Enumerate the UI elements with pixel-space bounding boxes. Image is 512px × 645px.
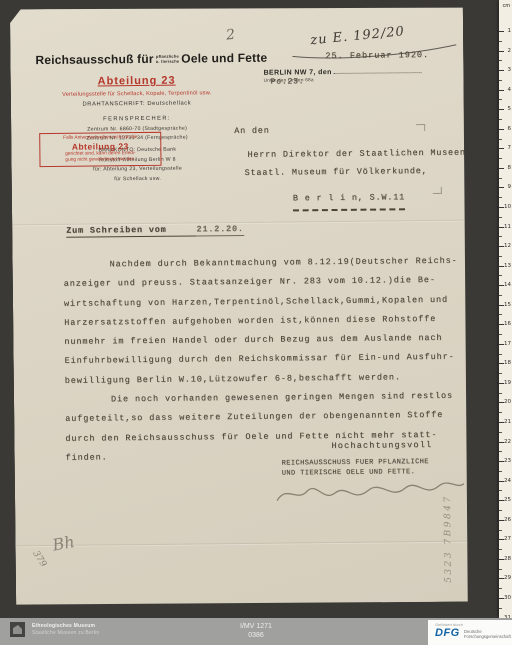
recipient-name: Herrn Direktor der Staatlichen Museen — [247, 145, 466, 164]
date-ruled-line — [334, 66, 422, 74]
ruler-number: 7 — [508, 145, 512, 151]
ruler-half-tick — [499, 275, 502, 276]
ruler-number: 10 — [504, 204, 511, 210]
ruler-number: 14 — [504, 282, 511, 288]
wire-address: DRAHTANSCHRIFT: Deutschellack — [36, 100, 238, 108]
ruler-cm-tick — [499, 187, 504, 188]
ruler-cm-tick — [499, 129, 504, 130]
ruler-number: 4 — [508, 87, 512, 93]
ruler-half-tick — [499, 217, 502, 218]
ruler-half-tick — [499, 569, 502, 570]
ruler-number: 30 — [504, 595, 511, 601]
ruler-half-tick — [499, 295, 502, 296]
corner-mark — [433, 187, 442, 194]
phone-heading: FERNSPRECHER: — [36, 115, 238, 123]
ruler-half-tick — [499, 334, 502, 335]
ruler-cm-tick — [499, 31, 504, 32]
ruler-number: 16 — [504, 321, 511, 327]
ruler-half-tick — [499, 119, 502, 120]
letter-page: 2 zu E. 192/20 Reichsausschuß fürpflanzl… — [10, 5, 469, 607]
ruler-half-tick — [499, 588, 502, 589]
ruler-number: 28 — [504, 556, 511, 562]
ruler-half-tick — [499, 354, 502, 355]
ruler-number: 19 — [504, 380, 511, 386]
ruler-half-tick — [499, 80, 502, 81]
ruler-half-tick — [499, 451, 502, 452]
subject-label: Zum Schreiben vom — [66, 225, 166, 238]
recipient-salutation: An den — [234, 123, 270, 140]
ruler-half-tick — [499, 373, 502, 374]
typed-date: 25. Februar 1920. — [325, 50, 429, 61]
scan-viewer: 2 zu E. 192/20 Reichsausschuß fürpflanzl… — [0, 0, 512, 645]
closing-formula: Hochachtungsvoll — [331, 440, 432, 451]
ruler-half-tick — [499, 412, 502, 413]
ruler-number: 12 — [504, 243, 511, 249]
ruler-cm-tick — [499, 90, 504, 91]
ruler-number: 11 — [504, 224, 511, 230]
place-line: BERLIN NW 7, den — [264, 66, 422, 77]
ruler-half-tick — [499, 178, 502, 179]
ruler-number: 27 — [504, 536, 511, 542]
ruler-cm-tick — [499, 51, 504, 52]
corner-mark — [416, 124, 425, 131]
ruler-half-tick — [499, 608, 502, 609]
ruler-cm-tick — [499, 70, 504, 71]
ruler-half-tick — [499, 139, 502, 140]
ruler-half-tick — [499, 471, 502, 472]
letterhead-title-part1: Reichsausschuß für — [35, 52, 153, 67]
ruler-number: 3 — [508, 67, 512, 73]
letterhead-title-smallwords: pflanzlicheu. tierische — [156, 55, 180, 64]
ruler-half-tick — [499, 99, 502, 100]
ruler-cm-tick — [499, 148, 504, 149]
ruler-number: 8 — [508, 165, 512, 171]
dfg-full-name: Deutsche Forschungsgemeinschaft — [464, 629, 510, 639]
ruler-half-tick — [499, 197, 502, 198]
paragraph: Die noch vorhanden gewesenen geringen Me… — [65, 387, 466, 468]
letterhead-title-part2: Oele und Fette — [181, 51, 267, 66]
letterhead-title: Reichsausschuß fürpflanzlicheu. tierisch… — [35, 51, 237, 67]
notice-box: Falls Antwortschreiben nicht an die Abte… — [39, 132, 161, 167]
subject-line: Zum Schreiben vom 21.2.20. — [66, 224, 244, 238]
ruler-number: 17 — [504, 341, 511, 347]
ruler-half-tick — [499, 510, 502, 511]
footer-bar: Ethnologisches Museum Staatliche Museen … — [0, 618, 512, 645]
letter-body: Nachdem durch Bekanntmachung vom 8.12.19… — [63, 252, 465, 468]
ruler: cm 1234567891011121314151617181920212223… — [499, 0, 512, 618]
ruler-half-tick — [499, 530, 502, 531]
ruler-number: 26 — [504, 517, 511, 523]
notice-line4: gung nicht gewährleistet werden. — [41, 157, 159, 164]
ruler-number: 23 — [504, 458, 511, 464]
ruler-half-tick — [499, 236, 502, 237]
ruler-number: 29 — [504, 575, 511, 581]
ruler-cm-tick — [499, 109, 504, 110]
text-line: für Schellack usw. — [37, 175, 239, 183]
handwritten-page-number: 2 — [225, 27, 236, 44]
ruler-number: 1 — [508, 28, 512, 34]
ruler-half-tick — [499, 60, 502, 61]
ruler-number: 2 — [508, 48, 512, 54]
po-reference: Po.23. — [271, 77, 305, 86]
department-subtitle: Verteilungsstelle für Schellack, Kopale,… — [36, 90, 238, 98]
dfg-logo: Gefördert durch DFG Deutsche Forschungsg… — [428, 620, 512, 645]
ruler-number: 15 — [504, 302, 511, 308]
handwritten-signature — [271, 473, 469, 511]
ruler-number: 21 — [504, 419, 511, 425]
dfg-abbreviation: DFG — [435, 627, 460, 639]
ruler-half-tick — [499, 256, 502, 257]
ruler-number: 20 — [504, 399, 511, 405]
recipient-institution: Staatl. Museum für Völkerkunde, — [245, 163, 428, 182]
recipient-city: B e r l i n, S.W.11 — [293, 189, 405, 211]
ruler-number: 5 — [508, 106, 512, 112]
ruler-half-tick — [499, 549, 502, 550]
ruler-half-tick — [499, 158, 502, 159]
ruler-half-tick — [499, 393, 502, 394]
department-heading: Abteilung 23 — [36, 74, 238, 88]
ruler-unit-label: cm — [503, 3, 510, 9]
ruler-number: 6 — [508, 126, 512, 132]
pencil-corner-number: 379 — [30, 549, 48, 569]
paragraph: Nachdem durch Bekanntmachung vom 8.12.19… — [63, 252, 464, 391]
ruler-half-tick — [499, 432, 502, 433]
ruler-half-tick — [499, 314, 502, 315]
fold-crease — [15, 541, 468, 547]
ruler-number: 22 — [504, 439, 511, 445]
ruler-half-tick — [499, 41, 502, 42]
pencil-initials: Bh — [51, 532, 76, 555]
ruler-number: 25 — [504, 497, 511, 503]
ruler-number: 24 — [504, 478, 511, 484]
ruler-cm-tick — [499, 168, 504, 169]
ruler-number: 9 — [508, 184, 512, 190]
subject-date: 21.2.20. — [196, 224, 243, 236]
ruler-half-tick — [499, 490, 502, 491]
ruler-number: 18 — [504, 360, 511, 366]
ruler-number: 13 — [504, 263, 511, 269]
pencil-edge-number: 5323 7B9847 — [442, 413, 454, 583]
